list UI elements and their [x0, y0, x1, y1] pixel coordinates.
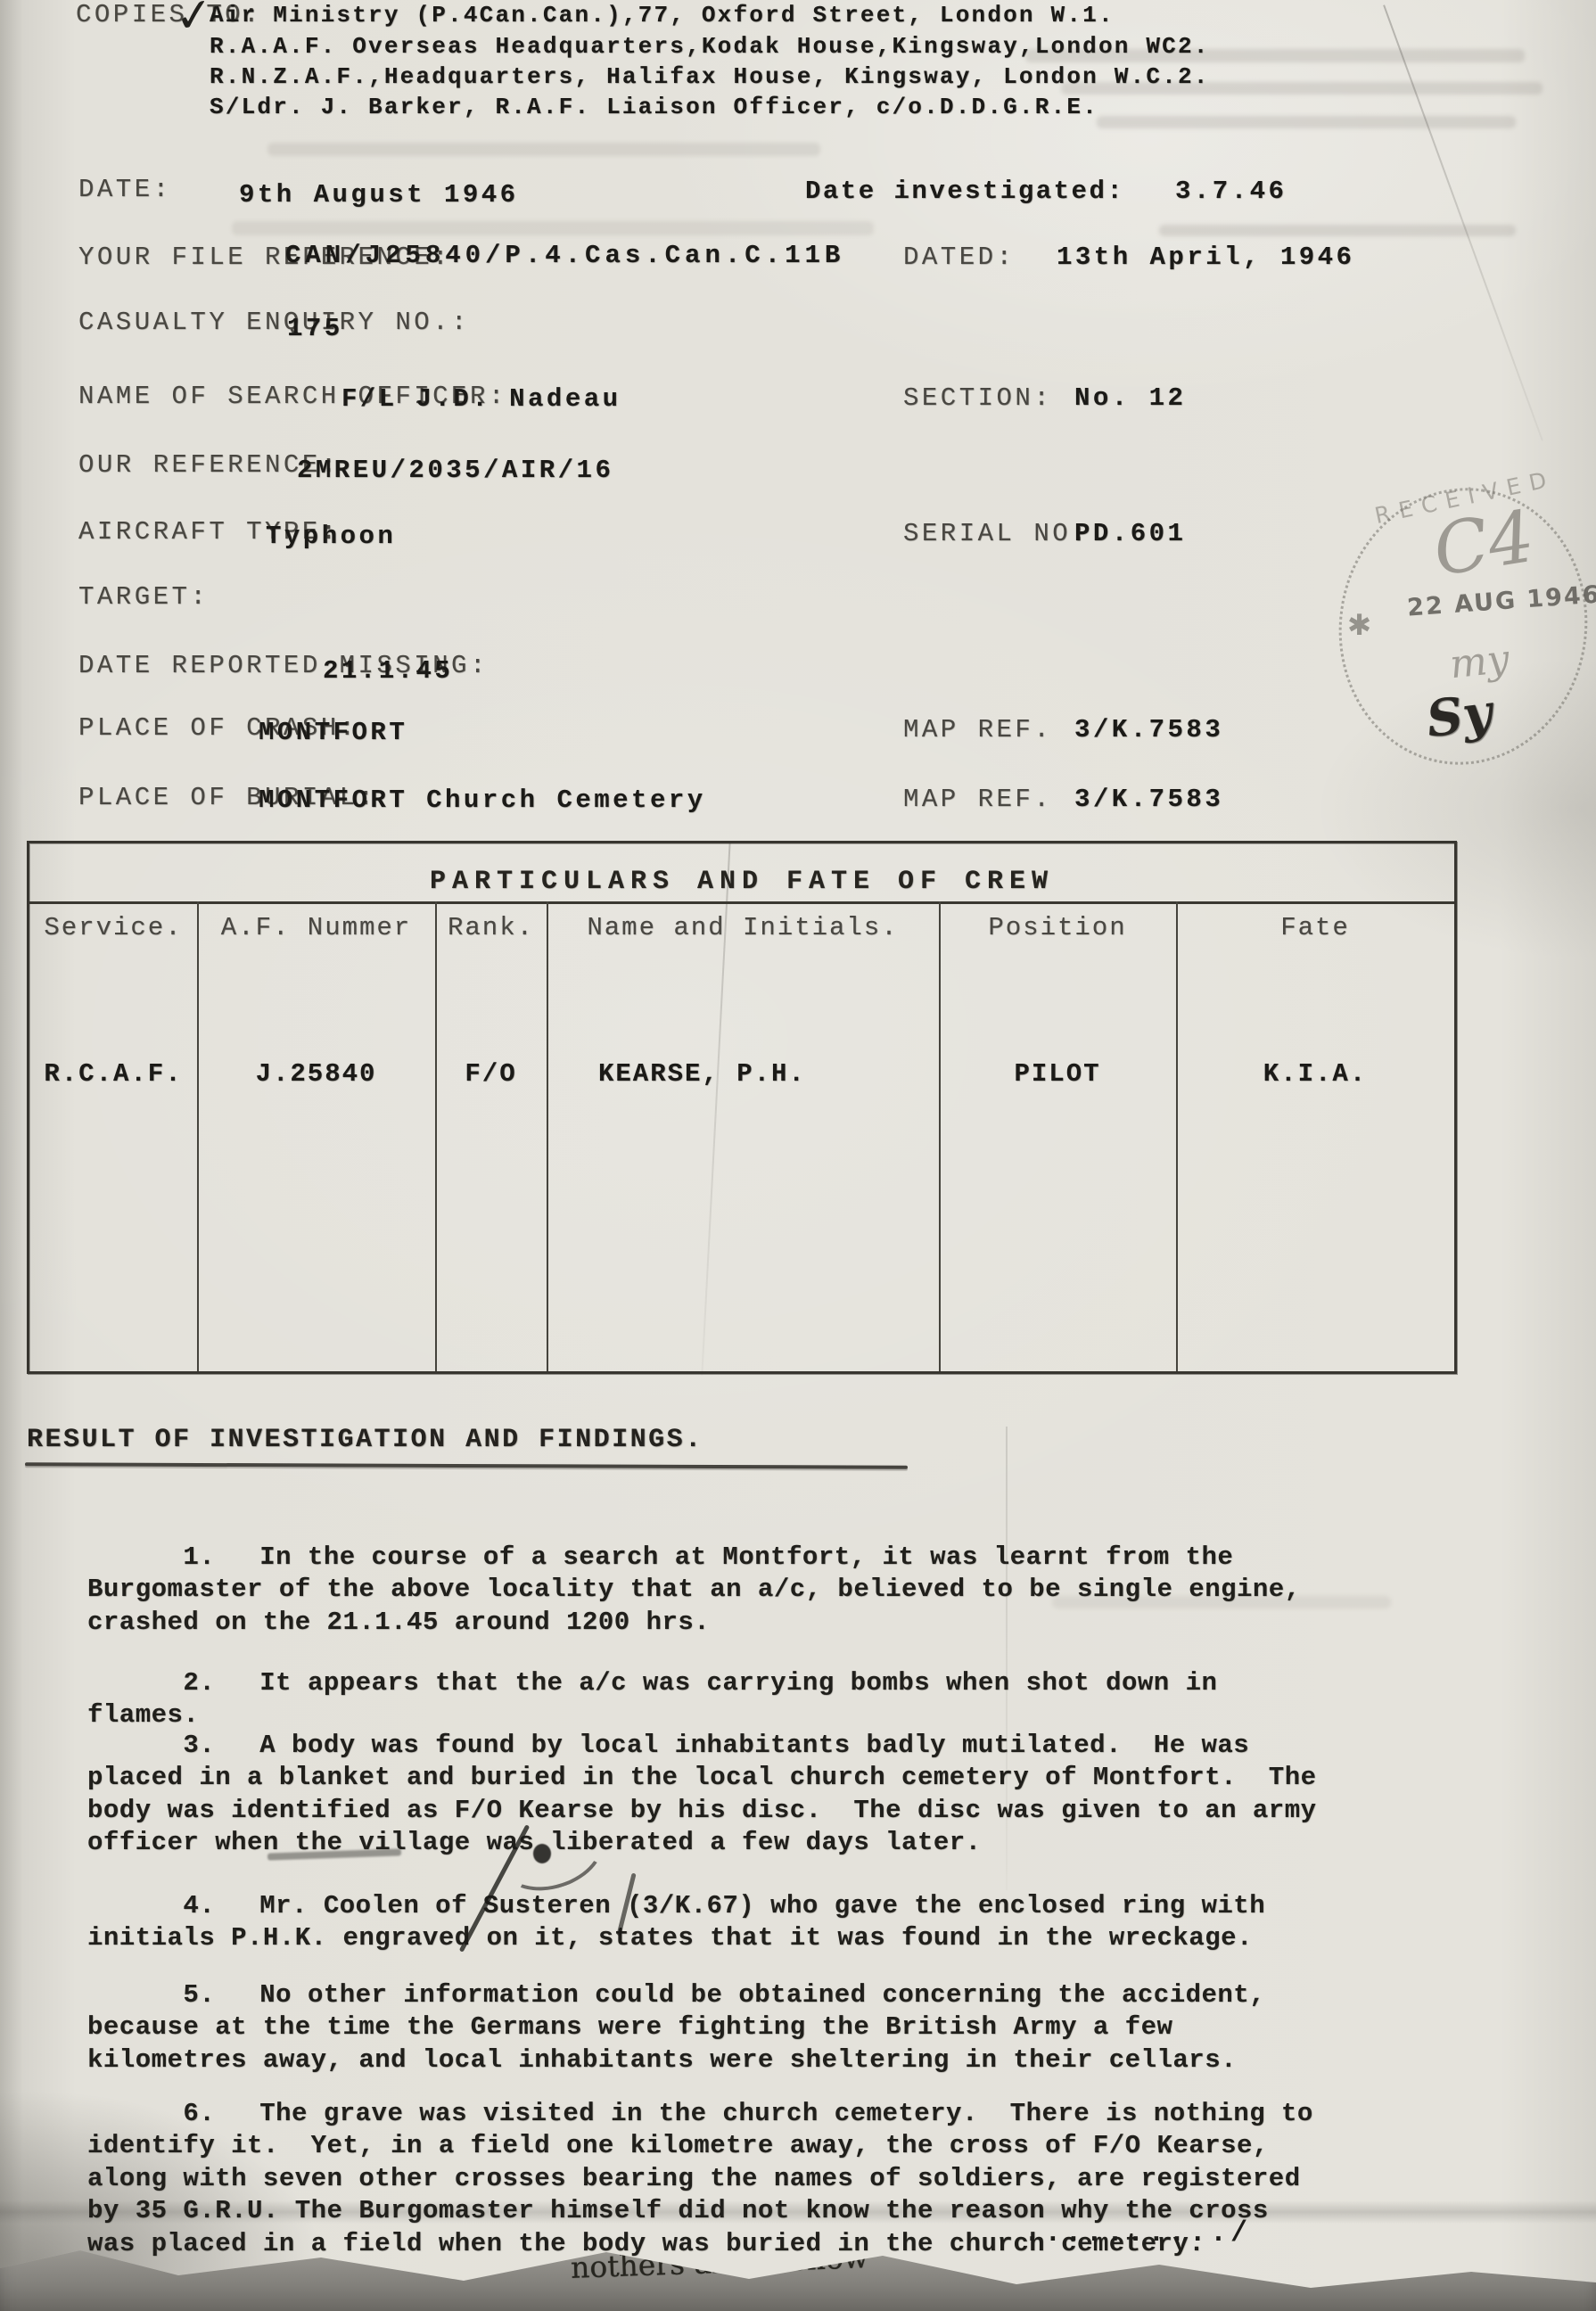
table-column-line: [435, 901, 437, 1371]
casualty-enquiry-no-value: 175: [287, 314, 343, 343]
paragraph-text: No other information could be obtained c…: [87, 1980, 1281, 2075]
recipient-line: S/Ldr. J. Barker, R.A.F. Liaison Officer…: [210, 94, 1098, 120]
paragraph-text: In the course of a search at Montfort, i…: [87, 1542, 1317, 1637]
place-of-crash-value: MONTFORT: [259, 718, 407, 747]
map-ref-burial-label: MAP REF.: [903, 785, 1052, 814]
map-ref-crash-value: 3/K.7583: [1074, 715, 1223, 744]
table-column-line: [939, 901, 941, 1371]
table-column-line: [197, 901, 199, 1371]
crew-row-af-number: J.25840: [197, 1059, 435, 1089]
aircraft-type-value: Typhoon: [266, 522, 396, 551]
bleedthrough-smudge: [1097, 116, 1516, 128]
paragraph-number: 5.: [183, 1980, 215, 2010]
paper-sheet: COPIES TO: ✓ Air Ministry (P.4Can.Can.),…: [0, 0, 1596, 2311]
crease-line: [1383, 4, 1543, 440]
date-investigated-label: Date investigated:: [805, 177, 1124, 206]
target-label: TARGET:: [78, 582, 209, 612]
date-value: 9th August 1946: [239, 180, 519, 210]
paragraph-number: 3.: [183, 1731, 215, 1760]
stamp-code: C4: [1427, 495, 1539, 592]
col-header-fate: Fate: [1176, 913, 1454, 942]
paragraph-number: 4.: [183, 1891, 215, 1920]
table-column-line: [1176, 901, 1178, 1371]
crew-row-position: PILOT: [939, 1059, 1176, 1089]
recipient-line: Air Ministry (P.4Can.Can.),77, Oxford St…: [210, 2, 1115, 29]
crew-row-fate: K.I.A.: [1176, 1059, 1454, 1089]
your-file-reference-value: CAN/J25840/P.4.Cas.Can.C.11B: [285, 241, 844, 270]
serial-no-value: PD.601: [1074, 519, 1186, 548]
crew-table-title: PARTICULARS AND FATE OF CREW: [29, 867, 1454, 897]
bleedthrough-smudge: [232, 221, 874, 235]
findings-heading: RESULT OF INVESTIGATION AND FINDINGS.: [27, 1425, 703, 1455]
finding-paragraph-6: 6.The grave was visited in the church ce…: [87, 2065, 1331, 2293]
table-rule: [29, 901, 1454, 904]
crew-table: PARTICULARS AND FATE OF CREW Service. A.…: [27, 841, 1457, 1374]
bleedthrough-smudge: [267, 143, 820, 156]
crew-row-service: R.C.A.F.: [29, 1059, 197, 1089]
map-ref-crash-label: MAP REF.: [903, 715, 1052, 744]
stamp-pencil-note: my: [1448, 637, 1512, 688]
paragraph-number: 2.: [183, 1668, 215, 1698]
map-ref-burial-value: 3/K.7583: [1074, 785, 1223, 814]
col-header-name: Name and Initials.: [547, 913, 939, 942]
search-officer-value: F/L J.D. Nadeau: [341, 384, 621, 414]
crew-row-name: KEARSE, P.H.: [547, 1059, 939, 1089]
document-page: nothers above show COPIES TO: ✓ Air Mini…: [0, 0, 1596, 2311]
paragraph-number: 6.: [183, 2099, 215, 2128]
col-header-service: Service.: [29, 913, 197, 942]
recipient-line: R.N.Z.A.F.,Headquarters, Halifax House, …: [210, 63, 1210, 90]
dated-label: DATED:: [903, 243, 1015, 272]
paragraph-text: A body was found by local inhabitants ba…: [87, 1731, 1332, 1858]
our-reference-value: 2MREU/2035/AIR/16: [297, 456, 613, 485]
ink-blot: [533, 1844, 551, 1863]
stamp-initials: Sy: [1423, 683, 1494, 749]
place-of-burial-value: MONTFORT Church Cemetery: [259, 785, 706, 815]
continuation-mark: ........../: [1024, 2216, 1251, 2249]
col-header-position: Position: [939, 913, 1176, 942]
date-investigated-value: 3.7.46: [1175, 177, 1287, 206]
findings-heading-underline: [25, 1462, 908, 1468]
received-stamp: RECEIVED ✱ C4 22 AUG 1946 my Sy: [1284, 477, 1596, 780]
section-label: SECTION:: [903, 383, 1052, 413]
col-header-af-number: A.F. Nummer: [197, 913, 435, 942]
stamp-star-icon: ✱: [1348, 600, 1370, 646]
crew-row-rank: F/O: [435, 1059, 547, 1089]
casualty-enquiry-no-label: CASUALTY ENQUIRY NO.:: [78, 308, 470, 337]
serial-no-label: SERIAL NO:: [903, 519, 1090, 548]
paragraph-text: Mr. Coolen of Susteren (3/K.67) who gave…: [87, 1891, 1281, 1953]
recipient-line: R.A.A.F. Overseas Headquarters,Kodak Hou…: [210, 33, 1210, 60]
date-label: DATE:: [78, 175, 172, 204]
table-column-line: [547, 901, 548, 1371]
col-header-rank: Rank.: [435, 913, 547, 942]
section-value: No. 12: [1074, 383, 1186, 413]
date-reported-missing-value: 21.1.45: [323, 656, 453, 686]
paragraph-number: 1.: [183, 1542, 215, 1572]
dated-value: 13th April, 1946: [1057, 243, 1354, 272]
bleedthrough-smudge: [1159, 225, 1516, 236]
